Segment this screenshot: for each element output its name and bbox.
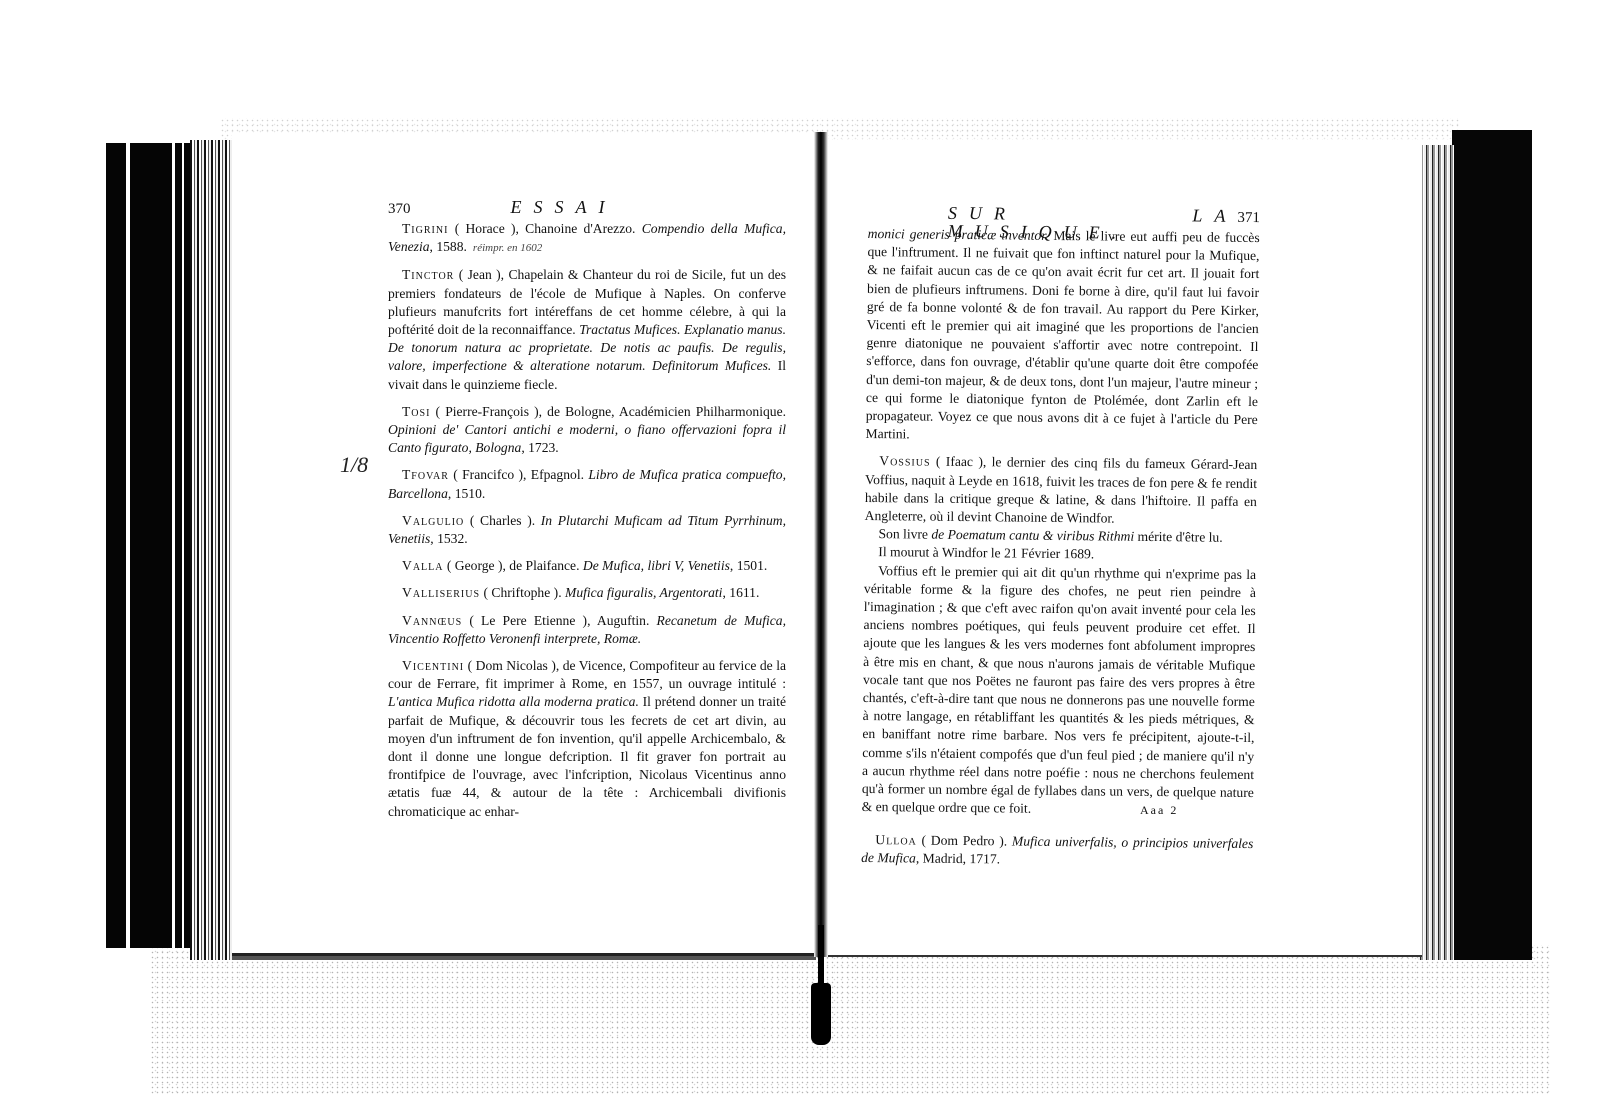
page-number: 370 [388, 200, 411, 218]
running-title: ESSAI [511, 198, 617, 216]
entry-ulloa: Ulloa ( Dom Pedro ). Mufica univerfalis,… [861, 830, 1253, 871]
left-cover-edge [106, 143, 202, 948]
entry-tovar: Tfovar ( Francifco ), Efpagnol. Libro de… [388, 466, 786, 502]
vossius-rhythm: Voffius eft le premier qui ait dit qu'un… [862, 562, 1257, 821]
left-page-text: 370 ESSAI Tigrini ( Horace ), Chanoine d… [388, 198, 786, 830]
page-number: 371 [1237, 209, 1260, 227]
entry-vossius: Vossius ( Ifaac ), le dernier des cinq f… [865, 452, 1258, 529]
entry-valla: Valla ( George ), de Plaifance. De Mufic… [388, 557, 786, 575]
book-gutter [814, 132, 828, 957]
running-head-left: 370 ESSAI [388, 198, 786, 220]
right-page-edges [1418, 145, 1454, 960]
bookmark-ribbon [812, 955, 830, 1050]
entry-tosi: Tosi ( Pierre-François ), de Bologne, Ac… [388, 403, 786, 458]
signature-mark: Aaa 2 [1140, 803, 1178, 818]
right-cover-edge [1452, 130, 1532, 960]
entry-valliserius: Valliserius ( Chriftophe ). Mufica figur… [388, 584, 786, 602]
entry-valgulio: Valgulio ( Charles ). In Plutarchi Mufic… [388, 512, 786, 548]
handwritten-note: réimpr. en 1602 [473, 242, 542, 254]
vicentini-continuation: monici generis praticæ inventor. Mais le… [865, 225, 1259, 448]
right-page-text: SUR LA MUSIQUE. 371 monici generis prati… [861, 203, 1260, 880]
entry-vicentini: Vicentini ( Dom Nicolas ), de Vicence, C… [388, 657, 786, 821]
margin-annotation: 1/8 [340, 452, 368, 478]
scan-background-bottom [150, 945, 1550, 1095]
entry-vannaeus: Vannœus ( Le Pere Etienne ), Auguftin. R… [388, 612, 786, 648]
entry-tinctor: Tinctor ( Jean ), Chapelain & Chanteur d… [388, 266, 786, 393]
left-page-edges [190, 140, 236, 960]
entry-tigrini: Tigrini ( Horace ), Chanoine d'Arezzo. C… [388, 220, 786, 257]
